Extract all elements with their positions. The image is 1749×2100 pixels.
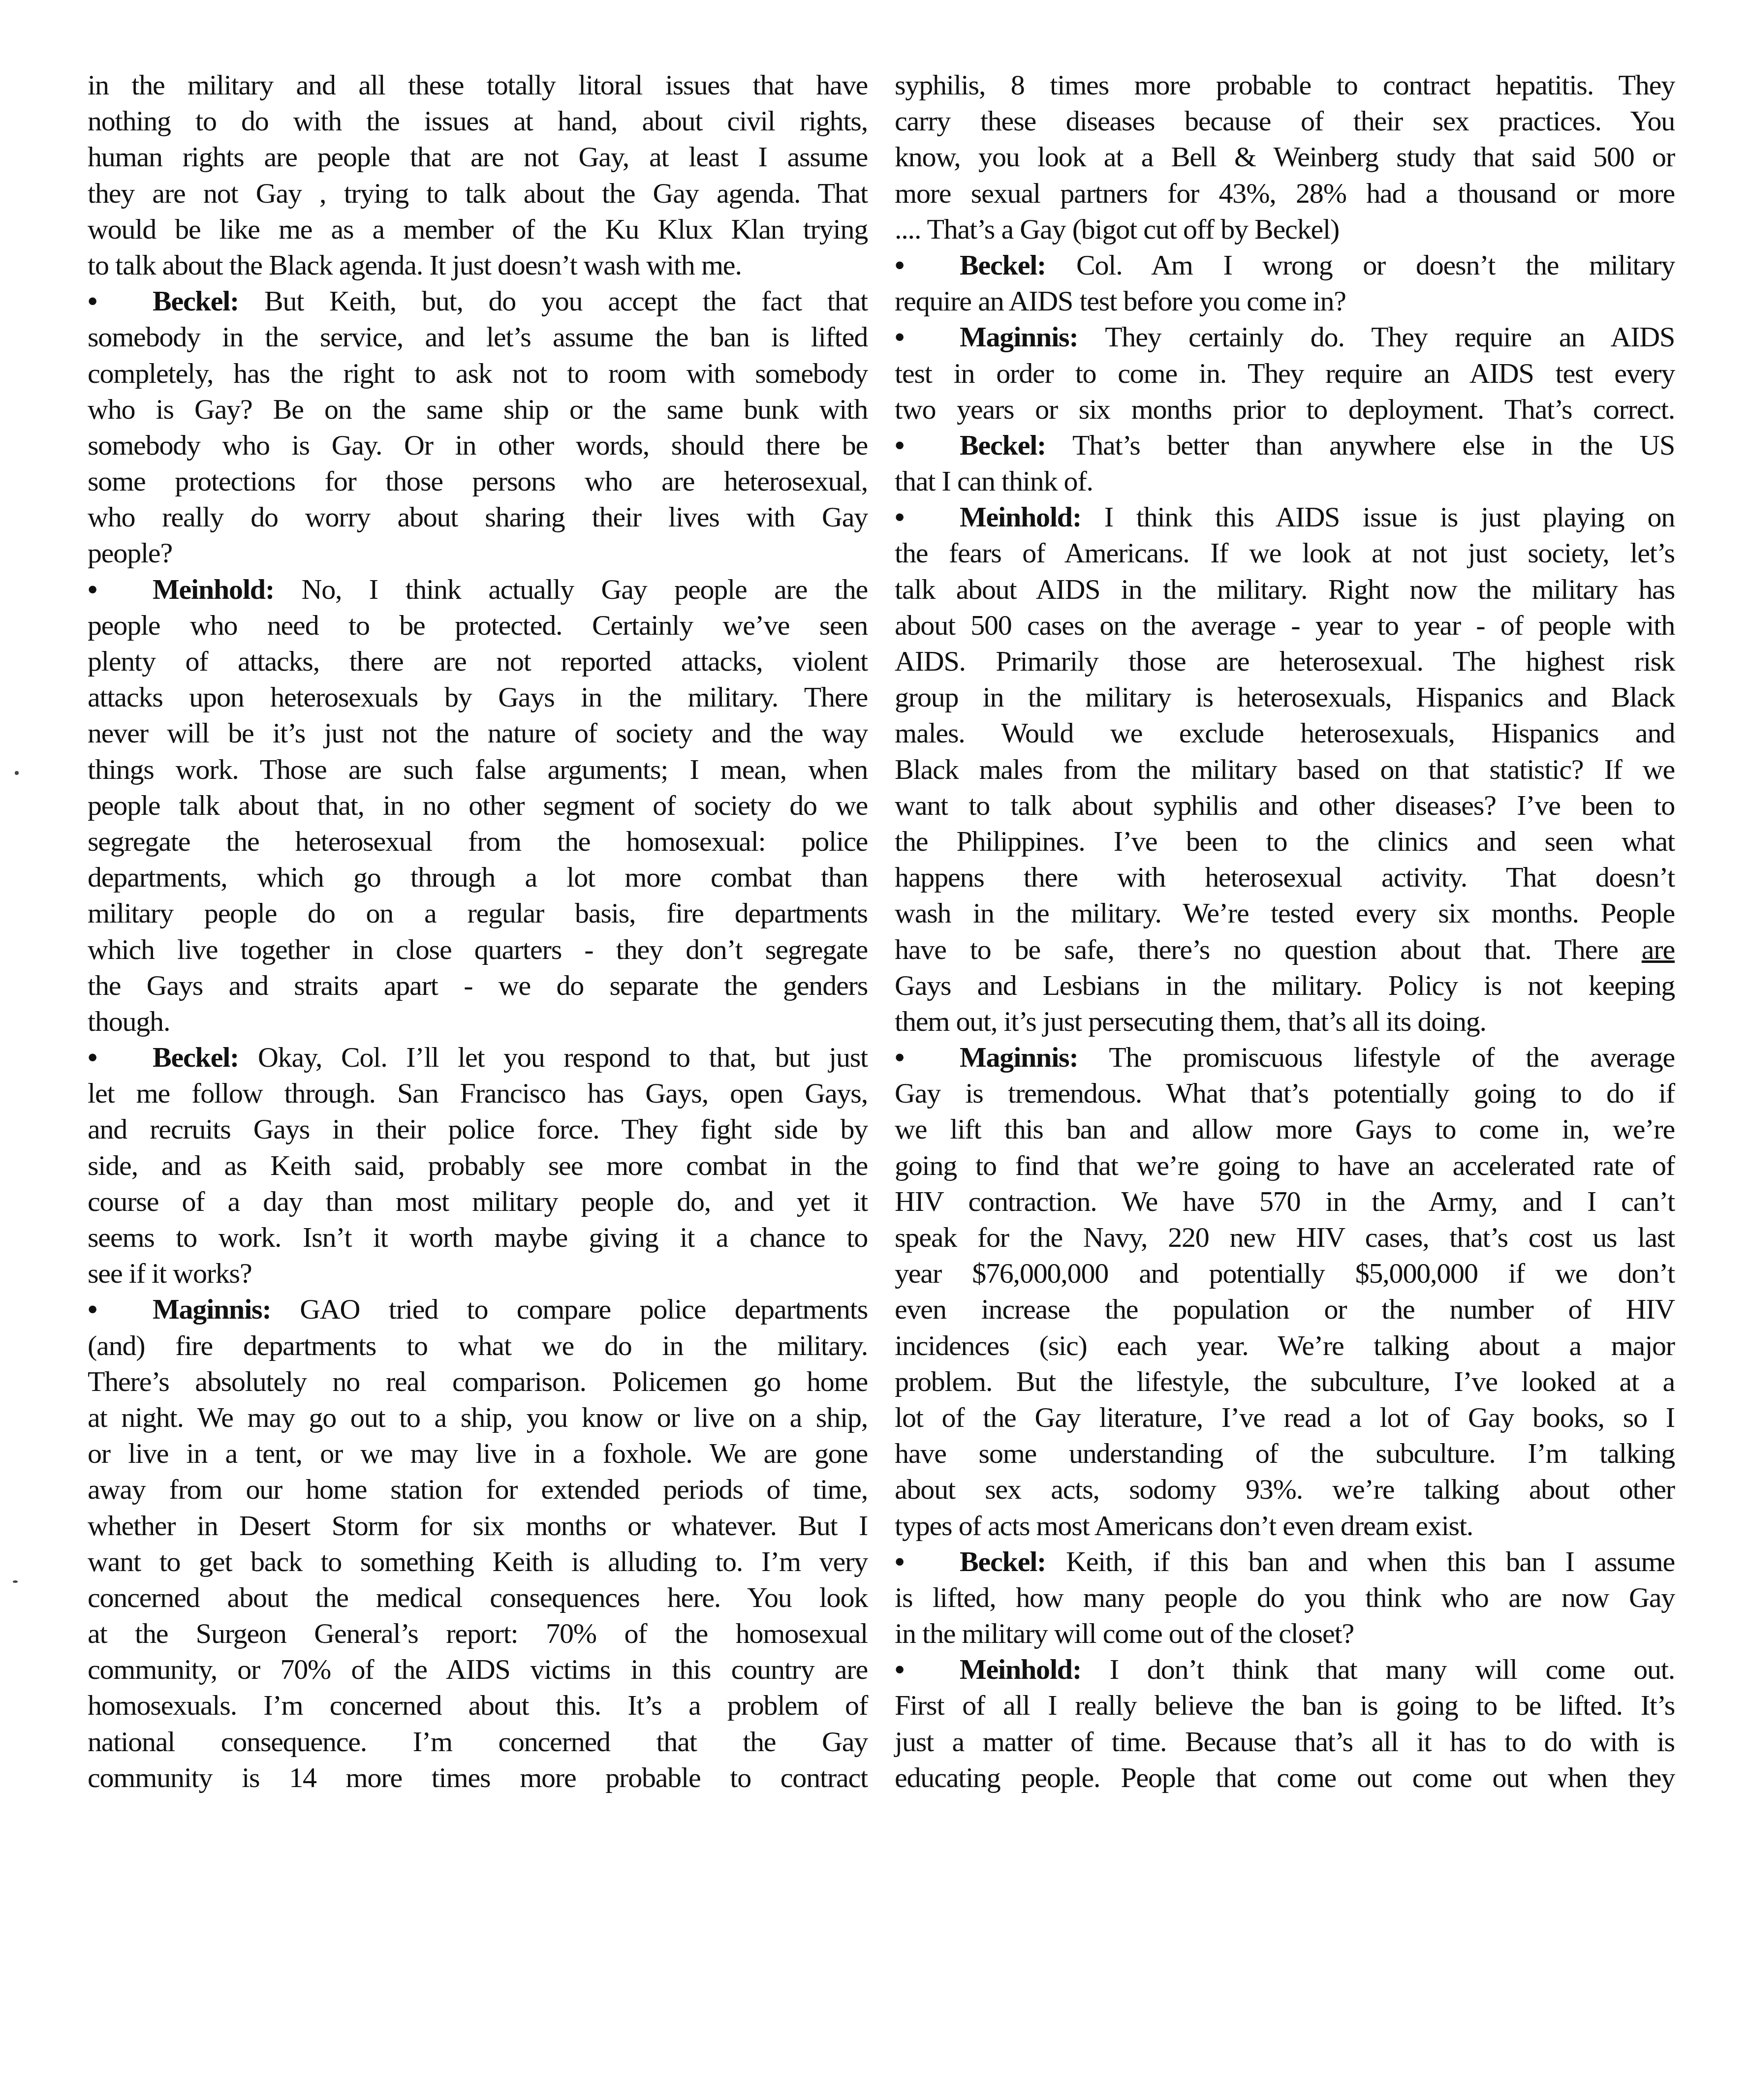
text-line: let me follow through. San Francisco has… bbox=[88, 1075, 868, 1111]
text-line: even increase the population or the numb… bbox=[895, 1291, 1675, 1327]
line-text: two years or six months prior to deploym… bbox=[895, 393, 1675, 425]
line-text: lot of the Gay literature, I’ve read a l… bbox=[895, 1401, 1675, 1433]
line-text: people who need to be protected. Certain… bbox=[88, 609, 868, 641]
line-text: would be like me as a member of the Ku K… bbox=[88, 213, 868, 245]
line-text: know, you look at a Bell & Weinberg stud… bbox=[895, 141, 1675, 173]
speaker-line: •Meinhold: I don’t think that many will … bbox=[895, 1651, 1675, 1687]
text-line: people who need to be protected. Certain… bbox=[88, 607, 868, 643]
line-text: problem. But the lifestyle, the subcultu… bbox=[895, 1365, 1675, 1397]
bullet-icon: • bbox=[88, 283, 153, 319]
text-line: somebody in the service, and let’s assum… bbox=[88, 319, 868, 355]
line-text: at the Surgeon General’s report: 70% of … bbox=[88, 1617, 868, 1649]
speaker-line: •Beckel: Col. Am I wrong or doesn’t the … bbox=[895, 247, 1675, 283]
line-text: carry these diseases because of their se… bbox=[895, 105, 1675, 137]
line-text: some protections for those persons who a… bbox=[88, 465, 868, 497]
line-text: want to get back to something Keith is a… bbox=[88, 1545, 868, 1577]
line-text: Okay, Col. I’ll let you respond to that,… bbox=[239, 1041, 868, 1073]
line-text: just a matter of time. Because that’s al… bbox=[895, 1726, 1675, 1758]
speaker-name: Beckel: bbox=[153, 1041, 239, 1073]
line-text: year $76,000,000 and potentially $5,000,… bbox=[895, 1257, 1675, 1289]
speaker-line: •Beckel: Okay, Col. I’ll let you respond… bbox=[88, 1039, 868, 1075]
speaker-line: •Meinhold: I think this AIDS issue is ju… bbox=[895, 499, 1675, 535]
line-text: happens there with heterosexual activity… bbox=[895, 861, 1675, 893]
text-line: never will be it’s just not the nature o… bbox=[88, 715, 868, 751]
text-line: community is 14 more times more probable… bbox=[88, 1760, 868, 1795]
line-text: side, and as Keith said, probably see mo… bbox=[88, 1149, 868, 1181]
text-line: see if it works? bbox=[88, 1255, 868, 1291]
line-text: First of all I really believe the ban is… bbox=[895, 1689, 1675, 1721]
text-line: somebody who is Gay. Or in other words, … bbox=[88, 427, 868, 463]
speaker-line: •Meinhold: No, I think actually Gay peop… bbox=[88, 571, 868, 607]
text-line: whether in Desert Storm for six months o… bbox=[88, 1508, 868, 1544]
speaker-line: •Beckel: But Keith, but, do you accept t… bbox=[88, 283, 868, 319]
text-line: side, and as Keith said, probably see mo… bbox=[88, 1147, 868, 1183]
text-line: some protections for those persons who a… bbox=[88, 463, 868, 499]
text-line: speak for the Navy, 220 new HIV cases, t… bbox=[895, 1219, 1675, 1255]
line-text: people? bbox=[88, 537, 172, 569]
line-text: nothing to do with the issues at hand, a… bbox=[88, 105, 868, 137]
text-line: them out, it’s just persecuting them, th… bbox=[895, 1003, 1675, 1039]
text-line: which live together in close quarters - … bbox=[88, 931, 868, 967]
text-line: they are not Gay , trying to talk about … bbox=[88, 175, 868, 211]
line-text: community is 14 more times more probable… bbox=[88, 1761, 868, 1793]
scan-speck bbox=[13, 1580, 18, 1583]
text-line: that I can think of. bbox=[895, 463, 1675, 499]
line-text: test in order to come in. They require a… bbox=[895, 357, 1675, 389]
text-line: two years or six months prior to deploym… bbox=[895, 391, 1675, 427]
line-text: I don’t think that many will come out. bbox=[1081, 1653, 1675, 1685]
line-text: people talk about that, in no other segm… bbox=[88, 789, 868, 821]
line-text: want to talk about syphilis and other di… bbox=[895, 789, 1675, 821]
line-text: community, or 70% of the AIDS victims in… bbox=[88, 1653, 868, 1685]
text-line: AIDS. Primarily those are heterosexual. … bbox=[895, 643, 1675, 679]
line-text: departments, which go through a lot more… bbox=[88, 861, 868, 893]
text-line: seems to work. Isn’t it worth maybe givi… bbox=[88, 1219, 868, 1255]
line-text: HIV contraction. We have 570 in the Army… bbox=[895, 1185, 1675, 1217]
text-line: incidences (sic) each year. We’re talkin… bbox=[895, 1328, 1675, 1363]
document-page: in the military and all these totally li… bbox=[0, 0, 1749, 2100]
text-line: .... That’s a Gay (bigot cut off by Beck… bbox=[895, 211, 1675, 247]
text-line: people? bbox=[88, 535, 868, 571]
line-text: But Keith, but, do you accept the fact t… bbox=[239, 285, 868, 317]
line-text: is lifted, how many people do you think … bbox=[895, 1581, 1675, 1613]
bullet-icon: • bbox=[895, 319, 960, 355]
text-line: is lifted, how many people do you think … bbox=[895, 1579, 1675, 1615]
text-line: human rights are people that are not Gay… bbox=[88, 139, 868, 175]
text-line: national consequence. I’m concerned that… bbox=[88, 1724, 868, 1760]
line-text: Col. Am I wrong or doesn’t the military bbox=[1046, 249, 1675, 281]
speaker-line: •Maginnis: GAO tried to compare police d… bbox=[88, 1291, 868, 1327]
text-line: want to get back to something Keith is a… bbox=[88, 1544, 868, 1579]
line-text: whether in Desert Storm for six months o… bbox=[88, 1510, 868, 1542]
line-text: No, I think actually Gay people are the bbox=[274, 573, 868, 605]
line-text: national consequence. I’m concerned that… bbox=[88, 1726, 868, 1758]
text-line: we lift this ban and allow more Gays to … bbox=[895, 1111, 1675, 1147]
bullet-icon: • bbox=[895, 1039, 960, 1075]
line-text: have to be safe, there’s no question abo… bbox=[895, 933, 1642, 965]
text-line: problem. But the lifestyle, the subcultu… bbox=[895, 1363, 1675, 1399]
line-text: see if it works? bbox=[88, 1257, 252, 1289]
line-text: military people do on a regular basis, f… bbox=[88, 897, 868, 929]
line-text: syphilis, 8 times more probable to contr… bbox=[895, 69, 1675, 101]
text-line: though. bbox=[88, 1003, 868, 1039]
speaker-line: •Maginnis: The promiscuous lifestyle of … bbox=[895, 1039, 1675, 1075]
line-text: never will be it’s just not the nature o… bbox=[88, 717, 868, 749]
line-text: somebody who is Gay. Or in other words, … bbox=[88, 429, 868, 461]
line-text: (and) fire departments to what we do in … bbox=[88, 1329, 868, 1361]
line-text: males. Would we exclude heterosexuals, H… bbox=[895, 717, 1675, 749]
line-text: Gays and Lesbians in the military. Polic… bbox=[895, 969, 1675, 1001]
line-text: plenty of attacks, there are not reporte… bbox=[88, 645, 868, 677]
text-line: have to be safe, there’s no question abo… bbox=[895, 931, 1675, 967]
text-line: wash in the military. We’re tested every… bbox=[895, 895, 1675, 931]
text-line: the fears of Americans. If we look at no… bbox=[895, 535, 1675, 571]
line-text: course of a day than most military peopl… bbox=[88, 1185, 868, 1217]
line-text: the Gays and straits apart - we do separ… bbox=[88, 969, 868, 1001]
underlined-word: are bbox=[1642, 933, 1675, 965]
line-text: attacks upon heterosexuals by Gays in th… bbox=[88, 681, 868, 713]
line-text: .... That’s a Gay (bigot cut off by Beck… bbox=[895, 213, 1339, 245]
line-text: That’s better than anywhere else in the … bbox=[1046, 429, 1675, 461]
line-text: wash in the military. We’re tested every… bbox=[895, 897, 1675, 929]
speaker-name: Beckel: bbox=[153, 285, 239, 317]
speaker-name: Beckel: bbox=[960, 249, 1046, 281]
text-line: nothing to do with the issues at hand, a… bbox=[88, 103, 868, 139]
text-line: concerned about the medical consequences… bbox=[88, 1579, 868, 1615]
line-text: speak for the Navy, 220 new HIV cases, t… bbox=[895, 1221, 1675, 1253]
bullet-icon: • bbox=[895, 1544, 960, 1579]
text-line: segregate the heterosexual from the homo… bbox=[88, 823, 868, 859]
text-line: attacks upon heterosexuals by Gays in th… bbox=[88, 679, 868, 715]
text-line: Black males from the military based on t… bbox=[895, 751, 1675, 787]
text-line: course of a day than most military peopl… bbox=[88, 1183, 868, 1219]
line-text: though. bbox=[88, 1005, 170, 1037]
speaker-line: •Maginnis: They certainly do. They requi… bbox=[895, 319, 1675, 355]
text-line: plenty of attacks, there are not reporte… bbox=[88, 643, 868, 679]
line-text: educating people. People that come out c… bbox=[895, 1761, 1675, 1793]
line-text: about sex acts, sodomy 93%. we’re talkin… bbox=[895, 1473, 1675, 1505]
text-line: happens there with heterosexual activity… bbox=[895, 859, 1675, 895]
speaker-name: Maginnis: bbox=[153, 1293, 271, 1325]
line-text: somebody in the service, and let’s assum… bbox=[88, 321, 868, 353]
line-text: to talk about the Black agenda. It just … bbox=[88, 249, 742, 281]
text-line: homosexuals. I’m concerned about this. I… bbox=[88, 1687, 868, 1723]
line-text: homosexuals. I’m concerned about this. I… bbox=[88, 1689, 868, 1721]
line-text: types of acts most Americans don’t even … bbox=[895, 1510, 1473, 1542]
text-line: want to talk about syphilis and other di… bbox=[895, 787, 1675, 823]
text-line: test in order to come in. They require a… bbox=[895, 355, 1675, 391]
line-text: concerned about the medical consequences… bbox=[88, 1581, 868, 1613]
line-text: have some understanding of the subcultur… bbox=[895, 1437, 1675, 1469]
text-line: educating people. People that come out c… bbox=[895, 1760, 1675, 1795]
speaker-name: Maginnis: bbox=[960, 1041, 1078, 1073]
text-line: or live in a tent, or we may live in a f… bbox=[88, 1435, 868, 1471]
text-line: males. Would we exclude heterosexuals, H… bbox=[895, 715, 1675, 751]
line-text: going to find that we’re going to have a… bbox=[895, 1149, 1675, 1181]
line-text: the fears of Americans. If we look at no… bbox=[895, 537, 1675, 569]
line-text: they are not Gay , trying to talk about … bbox=[88, 177, 868, 209]
line-text: Gay is tremendous. What that’s potential… bbox=[895, 1077, 1675, 1109]
line-text: Black males from the military based on t… bbox=[895, 753, 1675, 785]
bullet-icon: • bbox=[895, 499, 960, 535]
text-line: First of all I really believe the ban is… bbox=[895, 1687, 1675, 1723]
bullet-icon: • bbox=[88, 1291, 153, 1327]
line-text: They certainly do. They require an AIDS bbox=[1078, 321, 1675, 353]
text-line: types of acts most Americans don’t even … bbox=[895, 1508, 1675, 1544]
bullet-icon: • bbox=[88, 1039, 153, 1075]
text-line: about 500 cases on the average - year to… bbox=[895, 607, 1675, 643]
line-text: the Philippines. I’ve been to the clinic… bbox=[895, 825, 1675, 857]
line-text: The promiscuous lifestyle of the average bbox=[1078, 1041, 1675, 1073]
line-text: in the military and all these totally li… bbox=[88, 69, 868, 101]
line-text: or live in a tent, or we may live in a f… bbox=[88, 1437, 868, 1469]
text-line: would be like me as a member of the Ku K… bbox=[88, 211, 868, 247]
text-line: in the military will come out of the clo… bbox=[895, 1615, 1675, 1651]
line-text: GAO tried to compare police departments bbox=[271, 1293, 868, 1325]
text-line: year $76,000,000 and potentially $5,000,… bbox=[895, 1255, 1675, 1291]
speaker-line: •Beckel: That’s better than anywhere els… bbox=[895, 427, 1675, 463]
speaker-name: Maginnis: bbox=[960, 321, 1078, 353]
line-text: seems to work. Isn’t it worth maybe givi… bbox=[88, 1221, 868, 1253]
bullet-icon: • bbox=[88, 571, 153, 607]
text-line: know, you look at a Bell & Weinberg stud… bbox=[895, 139, 1675, 175]
line-text: There’s absolutely no real comparison. P… bbox=[88, 1365, 868, 1397]
text-line: and recruits Gays in their police force.… bbox=[88, 1111, 868, 1147]
line-text: them out, it’s just persecuting them, th… bbox=[895, 1005, 1486, 1037]
line-text: in the military will come out of the clo… bbox=[895, 1617, 1354, 1649]
text-line: more sexual partners for 43%, 28% had a … bbox=[895, 175, 1675, 211]
text-line: syphilis, 8 times more probable to contr… bbox=[895, 67, 1675, 103]
bullet-icon: • bbox=[895, 247, 960, 283]
line-text: require an AIDS test before you come in? bbox=[895, 285, 1346, 317]
line-text: about 500 cases on the average - year to… bbox=[895, 609, 1675, 641]
text-line: Gay is tremendous. What that’s potential… bbox=[895, 1075, 1675, 1111]
text-line: completely, has the right to ask not to … bbox=[88, 355, 868, 391]
text-line: at night. We may go out to a ship, you k… bbox=[88, 1399, 868, 1435]
text-line: in the military and all these totally li… bbox=[88, 67, 868, 103]
text-line: at the Surgeon General’s report: 70% of … bbox=[88, 1615, 868, 1651]
line-text: segregate the heterosexual from the homo… bbox=[88, 825, 868, 857]
line-text: I think this AIDS issue is just playing … bbox=[1081, 501, 1675, 533]
text-line: the Philippines. I’ve been to the clinic… bbox=[895, 823, 1675, 859]
line-text: who is Gay? Be on the same ship or the s… bbox=[88, 393, 868, 425]
line-text: at night. We may go out to a ship, you k… bbox=[88, 1401, 868, 1433]
line-text: away from our home station for extended … bbox=[88, 1473, 868, 1505]
line-text: who really do worry about sharing their … bbox=[88, 501, 868, 533]
text-line: who is Gay? Be on the same ship or the s… bbox=[88, 391, 868, 427]
line-text: things work. Those are such false argume… bbox=[88, 753, 868, 785]
line-text: more sexual partners for 43%, 28% had a … bbox=[895, 177, 1675, 209]
line-text: and recruits Gays in their police force.… bbox=[88, 1113, 868, 1145]
speaker-line: •Beckel: Keith, if this ban and when thi… bbox=[895, 1544, 1675, 1579]
text-line: group in the military is heterosexuals, … bbox=[895, 679, 1675, 715]
text-line: carry these diseases because of their se… bbox=[895, 103, 1675, 139]
text-line: military people do on a regular basis, f… bbox=[88, 895, 868, 931]
line-text: talk about AIDS in the military. Right n… bbox=[895, 573, 1675, 605]
text-line: lot of the Gay literature, I’ve read a l… bbox=[895, 1399, 1675, 1435]
text-line: community, or 70% of the AIDS victims in… bbox=[88, 1651, 868, 1687]
text-line: just a matter of time. Because that’s al… bbox=[895, 1724, 1675, 1760]
line-text: human rights are people that are not Gay… bbox=[88, 141, 868, 173]
line-text: that I can think of. bbox=[895, 465, 1093, 497]
text-line: things work. Those are such false argume… bbox=[88, 751, 868, 787]
text-line: talk about AIDS in the military. Right n… bbox=[895, 571, 1675, 607]
bullet-icon: • bbox=[895, 427, 960, 463]
bullet-icon: • bbox=[895, 1651, 960, 1687]
text-line: who really do worry about sharing their … bbox=[88, 499, 868, 535]
scan-speck bbox=[15, 771, 19, 775]
line-text: incidences (sic) each year. We’re talkin… bbox=[895, 1329, 1675, 1361]
text-line: away from our home station for extended … bbox=[88, 1471, 868, 1507]
speaker-name: Beckel: bbox=[960, 1545, 1046, 1577]
line-text: completely, has the right to ask not to … bbox=[88, 357, 868, 389]
text-line: have some understanding of the subcultur… bbox=[895, 1435, 1675, 1471]
right-column: syphilis, 8 times more probable to contr… bbox=[895, 67, 1675, 1795]
line-text: we lift this ban and allow more Gays to … bbox=[895, 1113, 1675, 1145]
text-line: (and) fire departments to what we do in … bbox=[88, 1328, 868, 1363]
left-column: in the military and all these totally li… bbox=[88, 67, 868, 1795]
text-line: going to find that we’re going to have a… bbox=[895, 1147, 1675, 1183]
text-line: departments, which go through a lot more… bbox=[88, 859, 868, 895]
line-text: group in the military is heterosexuals, … bbox=[895, 681, 1675, 713]
text-line: to talk about the Black agenda. It just … bbox=[88, 247, 868, 283]
text-line: the Gays and straits apart - we do separ… bbox=[88, 967, 868, 1003]
line-text: which live together in close quarters - … bbox=[88, 933, 868, 965]
text-line: HIV contraction. We have 570 in the Army… bbox=[895, 1183, 1675, 1219]
text-line: people talk about that, in no other segm… bbox=[88, 787, 868, 823]
text-line: require an AIDS test before you come in? bbox=[895, 283, 1675, 319]
text-line: about sex acts, sodomy 93%. we’re talkin… bbox=[895, 1471, 1675, 1507]
line-text: AIDS. Primarily those are heterosexual. … bbox=[895, 645, 1675, 677]
line-text: let me follow through. San Francisco has… bbox=[88, 1077, 868, 1109]
line-text: Keith, if this ban and when this ban I a… bbox=[1046, 1545, 1675, 1577]
text-line: Gays and Lesbians in the military. Polic… bbox=[895, 967, 1675, 1003]
speaker-name: Meinhold: bbox=[153, 573, 274, 605]
text-line: There’s absolutely no real comparison. P… bbox=[88, 1363, 868, 1399]
speaker-name: Meinhold: bbox=[960, 1653, 1081, 1685]
speaker-name: Beckel: bbox=[960, 429, 1046, 461]
line-text: even increase the population or the numb… bbox=[895, 1293, 1675, 1325]
speaker-name: Meinhold: bbox=[960, 501, 1081, 533]
